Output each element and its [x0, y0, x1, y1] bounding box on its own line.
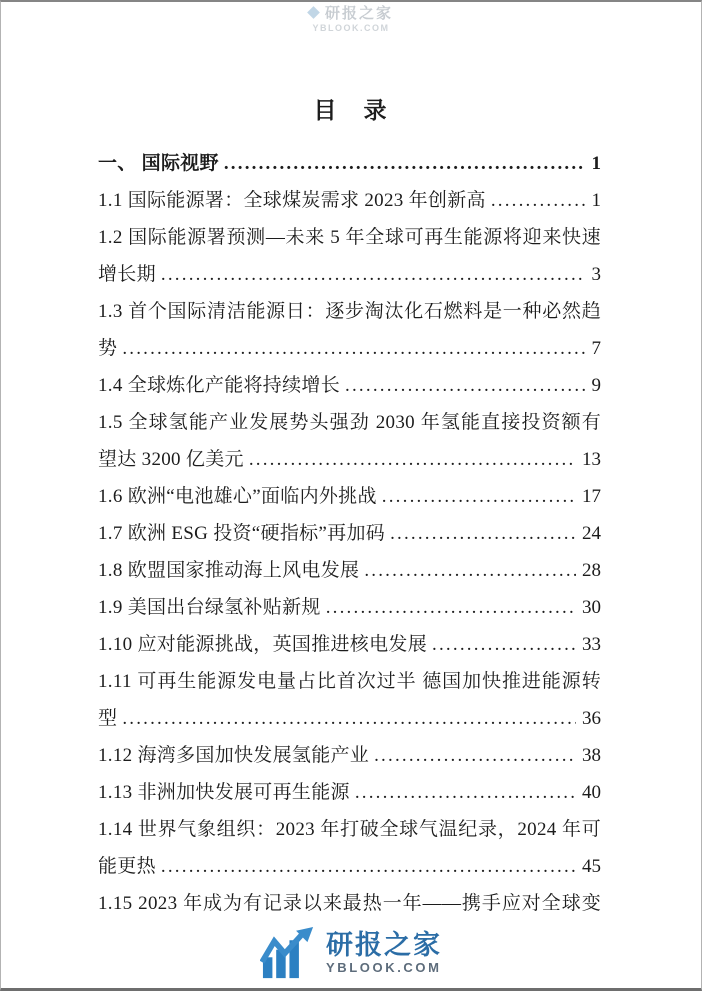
entry-page-number: 30	[578, 589, 601, 626]
dot-leader	[374, 737, 576, 774]
toc-entry-1-12[interactable]: 1.12 海湾多国加快发展氢能产业 38	[98, 737, 601, 774]
footer-logo-text: 研报之家 YBLOOK.COM	[326, 931, 442, 975]
toc-entry-1-4[interactable]: 1.4 全球炼化产能将持续增长 9	[98, 367, 601, 404]
entry-page-number: 13	[578, 441, 601, 478]
toc-entry-1-11-line2[interactable]: 型 36	[98, 700, 601, 737]
entry-page-number: 7	[588, 330, 602, 367]
entry-text: 1.13 非洲加快发展可再生能源	[98, 774, 350, 811]
toc-page: 研报之家 YBLOOK.COM 目 录 一、 国际视野 1 1.1 国际能源署：…	[0, 0, 702, 991]
entry-page-number: 9	[588, 367, 602, 404]
dot-leader	[491, 182, 586, 219]
dot-leader	[122, 330, 585, 367]
dot-leader	[122, 700, 576, 737]
entry-text: 1.4 全球炼化产能将持续增长	[98, 367, 340, 404]
toc-entry-1-14-line1[interactable]: 1.14 世界气象组织：2023 年打破全球气温纪录，2024 年可	[98, 811, 601, 848]
entry-text: 1.7 欧洲 ESG 投资“硬指标”再加码	[98, 515, 385, 552]
toc-entry-1-1[interactable]: 1.1 国际能源署：全球煤炭需求 2023 年创新高 1	[98, 182, 601, 219]
entry-text: 能更热	[98, 848, 156, 885]
entry-page-number: 33	[578, 626, 601, 663]
entry-text: 1.2 国际能源署预测—未来 5 年全球可再生能源将迎来快速	[98, 227, 601, 248]
toc-entry-1-2-line2[interactable]: 增长期 3	[98, 256, 601, 293]
entry-page-number: 1	[588, 182, 602, 219]
toc-entry-1-5-line1[interactable]: 1.5 全球氢能产业发展势头强劲 2030 年氢能直接投资额有	[98, 404, 601, 441]
entry-text: 1.1 国际能源署：全球煤炭需求 2023 年创新高	[98, 182, 486, 219]
entry-page-number: 36	[578, 700, 601, 737]
toc-entry-1-11-line1[interactable]: 1.11 可再生能源发电量占比首次过半 德国加快推进能源转	[98, 663, 601, 700]
entry-page-number: 28	[578, 552, 601, 589]
entry-text: 1.3 首个国际清洁能源日：逐步淘汰化石燃料是一种必然趋	[98, 301, 601, 322]
entry-text: 1.14 世界气象组织：2023 年打破全球气温纪录，2024 年可	[98, 819, 601, 840]
dot-leader	[345, 367, 585, 404]
toc-entry-1-5-line2[interactable]: 望达 3200 亿美元 13	[98, 441, 601, 478]
toc-entry-1-14-line2[interactable]: 能更热 45	[98, 848, 601, 885]
entry-text: 1.11 可再生能源发电量占比首次过半 德国加快推进能源转	[98, 671, 601, 692]
entry-page-number: 38	[578, 737, 601, 774]
page-title: 目 录	[1, 92, 701, 125]
dot-leader	[432, 626, 576, 663]
toc-chapter-row[interactable]: 一、 国际视野 1	[98, 145, 601, 182]
dot-leader	[161, 848, 576, 885]
entry-text: 1.10 应对能源挑战，英国推进核电发展	[98, 626, 427, 663]
toc-entry-1-15-line1[interactable]: 1.15 2023 年成为有记录以来最热一年——携手应对全球变	[98, 885, 601, 922]
entry-page-number: 24	[578, 515, 601, 552]
watermark-domain: YBLOOK.COM	[1, 24, 701, 34]
toc-list: 一、 国际视野 1 1.1 国际能源署：全球煤炭需求 2023 年创新高 1 1…	[98, 145, 601, 922]
entry-text: 势	[98, 330, 117, 367]
dot-leader	[355, 774, 576, 811]
toc-entry-1-3-line2[interactable]: 势 7	[98, 330, 601, 367]
toc-entry-1-8[interactable]: 1.8 欧盟国家推动海上风电发展 28	[98, 552, 601, 589]
entry-text: 1.8 欧盟国家推动海上风电发展	[98, 552, 359, 589]
toc-entry-1-9[interactable]: 1.9 美国出台绿氢补贴新规 30	[98, 589, 601, 626]
chapter-page-number: 1	[588, 145, 602, 182]
entry-page-number: 3	[588, 256, 602, 293]
watermark-brand: 研报之家	[325, 5, 393, 22]
footer-domain: YBLOOK.COM	[326, 960, 442, 975]
dot-leader	[326, 589, 576, 626]
watermark-brand-row: 研报之家	[1, 6, 701, 23]
toc-entry-1-13[interactable]: 1.13 非洲加快发展可再生能源 40	[98, 774, 601, 811]
toc-entry-1-10[interactable]: 1.10 应对能源挑战，英国推进核电发展 33	[98, 626, 601, 663]
entry-text: 增长期	[98, 256, 156, 293]
toc-entry-1-7[interactable]: 1.7 欧洲 ESG 投资“硬指标”再加码 24	[98, 515, 601, 552]
entry-page-number: 17	[578, 478, 601, 515]
dot-leader	[382, 478, 576, 515]
entry-text: 1.15 2023 年成为有记录以来最热一年——携手应对全球变	[98, 893, 601, 914]
site-watermark-top: 研报之家 YBLOOK.COM	[1, 6, 701, 33]
dot-leader	[390, 515, 576, 552]
dot-leader	[364, 552, 576, 589]
toc-entry-1-3-line1[interactable]: 1.3 首个国际清洁能源日：逐步淘汰化石燃料是一种必然趋	[98, 293, 601, 330]
toc-entry-1-2-line1[interactable]: 1.2 国际能源署预测—未来 5 年全球可再生能源将迎来快速	[98, 219, 601, 256]
chapter-label: 一、 国际视野	[98, 145, 219, 182]
bar-chart-trend-arrow-icon	[260, 927, 317, 980]
entry-text: 1.12 海湾多国加快发展氢能产业	[98, 737, 369, 774]
diamond-logo-icon	[307, 6, 320, 19]
entry-text: 1.6 欧洲“电池雄心”面临内外挑战	[98, 478, 377, 515]
entry-text: 1.9 美国出台绿氢补贴新规	[98, 589, 321, 626]
dot-leader	[161, 256, 586, 293]
entry-text: 型	[98, 700, 117, 737]
footer-brand: 研报之家	[326, 931, 442, 959]
toc-entry-1-6[interactable]: 1.6 欧洲“电池雄心”面临内外挑战 17	[98, 478, 601, 515]
dot-leader	[249, 441, 576, 478]
footer-logo: 研报之家 YBLOOK.COM	[1, 925, 701, 981]
dot-leader	[224, 145, 586, 182]
entry-page-number: 40	[578, 774, 601, 811]
entry-text: 望达 3200 亿美元	[98, 441, 244, 478]
entry-text: 1.5 全球氢能产业发展势头强劲 2030 年氢能直接投资额有	[98, 412, 601, 433]
entry-page-number: 45	[578, 848, 601, 885]
